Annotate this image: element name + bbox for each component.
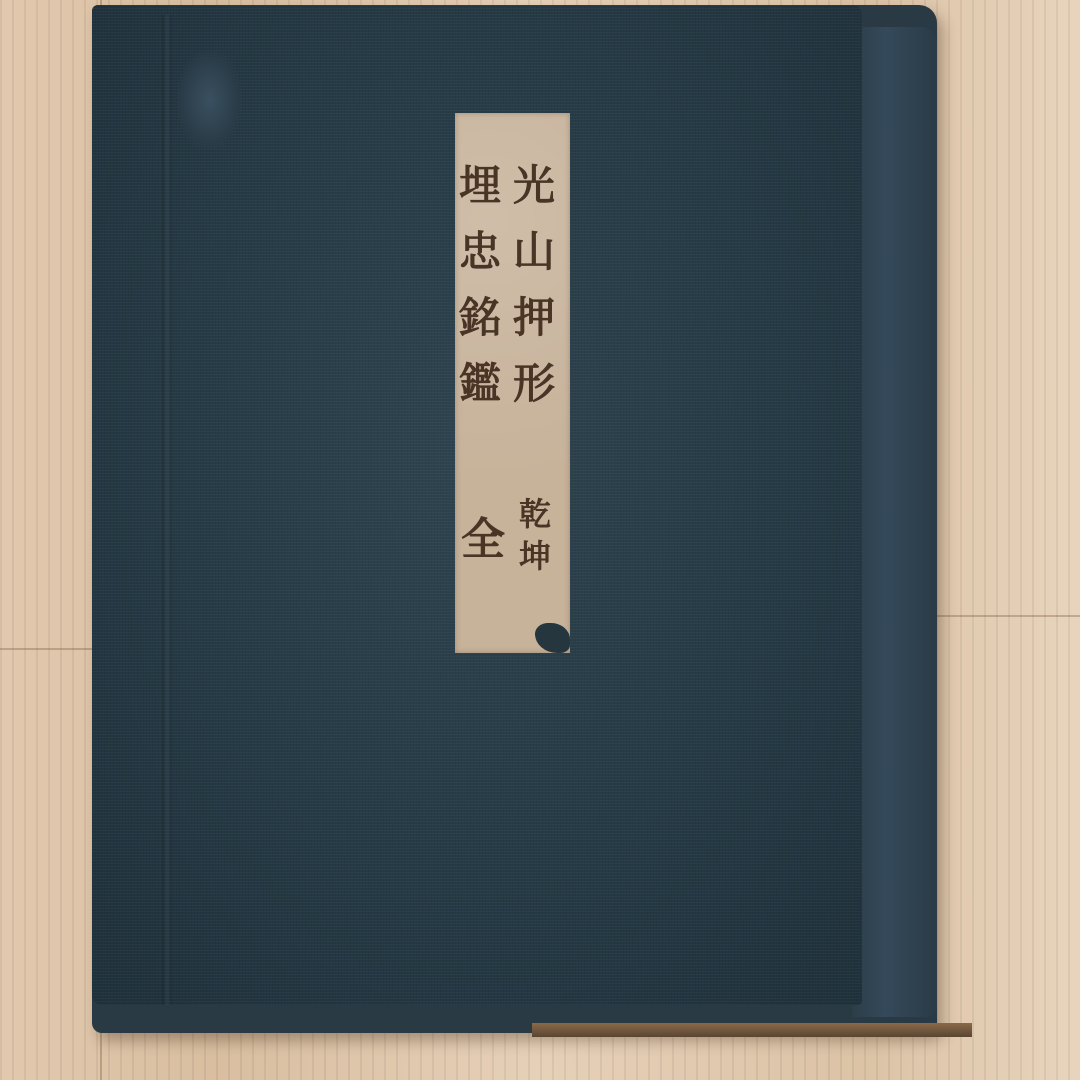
book-page-edges [532,1023,972,1037]
title-column-left: 埋 忠 銘 鑑 [459,165,501,405]
floor-seam [915,615,1080,617]
completeness-mark: 全 [461,518,505,562]
title-char: 押 [513,297,555,339]
worn-cloth-patch [177,50,242,150]
book-spine [852,27,937,1017]
volume-marks: 乾 坤 [519,498,551,572]
volume-char: 乾 [519,498,551,530]
complete-char: 全 [461,518,505,562]
volume-char: 坤 [519,540,551,572]
cover-hinge [162,15,172,1005]
title-column-right: 光 山 押 形 [513,165,555,405]
title-char: 形 [513,363,555,405]
title-char: 銘 [459,297,501,339]
title-char: 埋 [459,165,501,207]
label-tear [535,623,570,653]
title-char: 山 [513,231,555,273]
title-label: 光 山 押 形 埋 忠 銘 鑑 乾 坤 全 [455,113,570,653]
floor-seam [0,648,95,650]
title-char: 忠 [459,231,501,273]
title-char: 光 [513,165,555,207]
title-char: 鑑 [459,363,501,405]
